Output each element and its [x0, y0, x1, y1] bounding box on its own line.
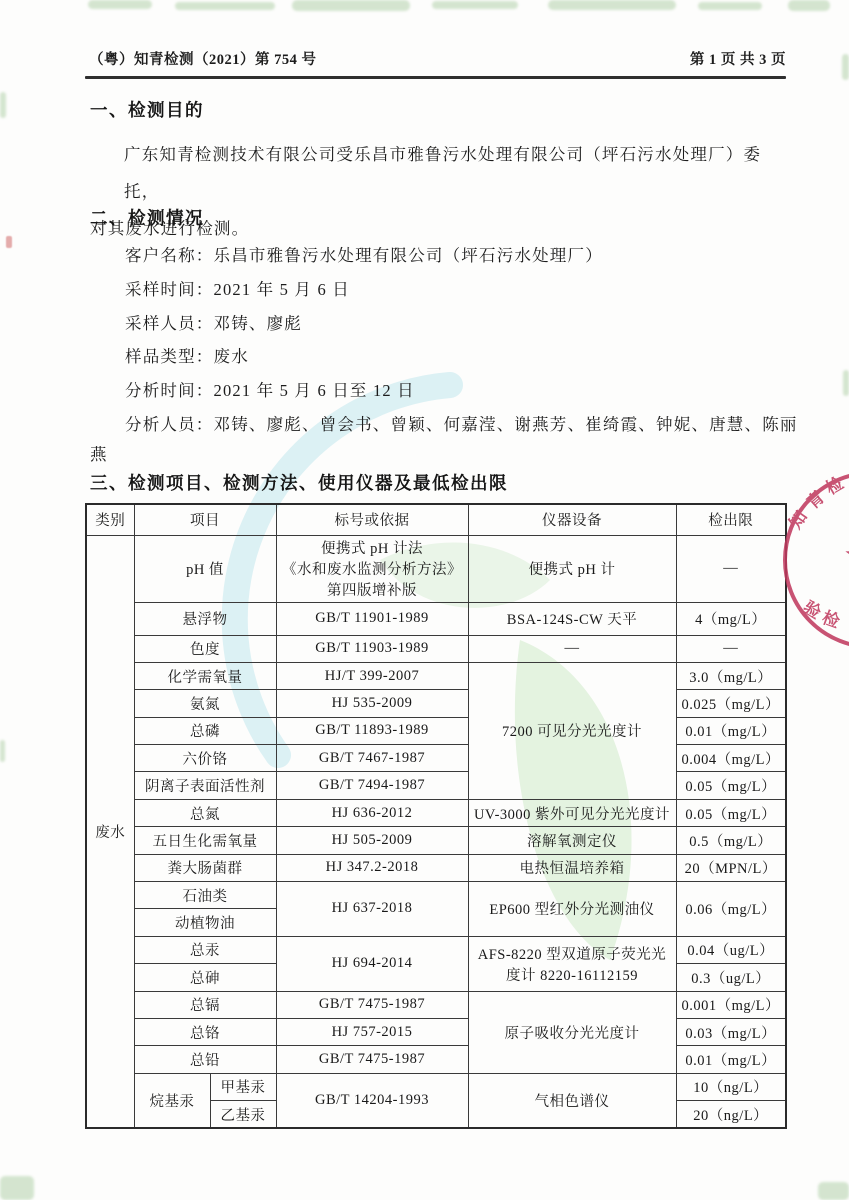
column-header: 标号或依据 [276, 504, 468, 535]
column-header: 类别 [86, 504, 134, 535]
table-row: 总铅GB/T 7475-19870.01（mg/L） [86, 1046, 786, 1073]
table-cell: BSA-124S-CW 天平 [468, 602, 676, 635]
purpose-paragraph: 广东知青检测技术有限公司受乐昌市雅鲁污水处理有限公司（坪石污水处理厂）委托， 对… [90, 136, 790, 247]
table-row: 废水pH 值便携式 pH 计法 《水和废水监测分析方法》 第四版增补版便携式 p… [86, 535, 786, 602]
table-row: 烷基汞甲基汞GB/T 14204-1993气相色谱仪10（ng/L） [86, 1073, 786, 1100]
table-cell: 总氮 [134, 799, 276, 826]
paragraph-line: 广东知青检测技术有限公司受乐昌市雅鲁污水处理有限公司（坪石污水处理厂）委托， [90, 136, 790, 210]
table-row: 化学需氧量HJ/T 399-20077200 可见分光光度计3.0（mg/L） [86, 662, 786, 689]
info-line: 分析人员：邓铸、廖彪、曾会书、曾颖、何嘉滢、谢燕芳、崔绮霞、钟妮、唐慧、陈丽 [125, 408, 798, 442]
table-cell: 色度 [134, 635, 276, 662]
info-list: 客户名称：乐昌市雅鲁污水处理有限公司（坪石污水处理厂）采样时间：2021 年 5… [125, 239, 798, 442]
table-cell: — [676, 535, 786, 602]
table-cell: HJ 636-2012 [276, 799, 468, 826]
table-cell: GB/T 7494-1987 [276, 772, 468, 799]
table-row: 五日生化需氧量HJ 505-2009溶解氧测定仪0.5（mg/L） [86, 827, 786, 854]
section-2-title: 二、检测情况 [90, 205, 204, 230]
table-cell: 石油类 [134, 882, 276, 909]
table-cell: 便携式 pH 计法 《水和废水监测分析方法》 第四版增补版 [276, 535, 468, 602]
table-cell: 动植物油 [134, 909, 276, 936]
table-head: 类别项目标号或依据仪器设备检出限 [86, 504, 786, 535]
table-cell: 阴离子表面活性剂 [134, 772, 276, 799]
category-cell: 废水 [86, 535, 134, 1128]
info-label: 样品类型： [125, 347, 214, 366]
scan-artifact [843, 370, 849, 396]
table-cell: 0.3（ug/L） [676, 964, 786, 991]
column-header: 检出限 [676, 504, 786, 535]
scan-artifact [788, 0, 830, 11]
table-cell: 0.05（mg/L） [676, 772, 786, 799]
column-header: 项目 [134, 504, 276, 535]
column-header: 仪器设备 [468, 504, 676, 535]
table-row: 石油类HJ 637-2018EP600 型红外分光测油仪0.06（mg/L） [86, 882, 786, 909]
table-row: 类别项目标号或依据仪器设备检出限 [86, 504, 786, 535]
table-cell: 总镉 [134, 991, 276, 1018]
table-cell: HJ 347.2-2018 [276, 854, 468, 881]
table-row: 总镉GB/T 7475-1987原子吸收分光光度计0.001（mg/L） [86, 991, 786, 1018]
seal-char: 知 [785, 507, 811, 532]
table-cell: HJ 505-2009 [276, 827, 468, 854]
table-cell: 0.001（mg/L） [676, 991, 786, 1018]
table-row: 总磷GB/T 11893-19890.01（mg/L） [86, 717, 786, 744]
table-cell: 0.04（ug/L） [676, 936, 786, 963]
table-cell: 7200 可见分光光度计 [468, 662, 676, 799]
table-cell: 总汞 [134, 936, 276, 963]
table-cell: 甲基汞 [210, 1073, 276, 1100]
table-cell: HJ 535-2009 [276, 690, 468, 717]
info-label: 分析人员： [125, 415, 214, 434]
table-cell: GB/T 7467-1987 [276, 745, 468, 772]
table-cell: 总砷 [134, 964, 276, 991]
table-row: 悬浮物GB/T 11901-1989BSA-124S-CW 天平4（mg/L） [86, 602, 786, 635]
table-cell: 4（mg/L） [676, 602, 786, 635]
table-cell: 总铬 [134, 1018, 276, 1045]
table-cell: 0.025（mg/L） [676, 690, 786, 717]
table-row: 阴离子表面活性剂GB/T 7494-19870.05（mg/L） [86, 772, 786, 799]
table-cell: 总铅 [134, 1046, 276, 1073]
seal-char: 青 [802, 487, 828, 513]
info-line: 客户名称：乐昌市雅鲁污水处理有限公司（坪石污水处理厂） [125, 239, 798, 273]
info-value: 废水 [214, 347, 249, 366]
table-cell: GB/T 11901-1989 [276, 602, 468, 635]
table-cell: UV-3000 紫外可见分光光度计 [468, 799, 676, 826]
table-cell: 六价铬 [134, 745, 276, 772]
table-cell: — [676, 635, 786, 662]
table-cell: 0.01（mg/L） [676, 1046, 786, 1073]
table-cell: 0.06（mg/L） [676, 882, 786, 937]
table-cell: 0.004（mg/L） [676, 745, 786, 772]
info-line: 分析时间：2021 年 5 月 6 日至 12 日 [125, 374, 798, 408]
table-cell: 气相色谱仪 [468, 1073, 676, 1128]
info-label: 采样时间： [125, 280, 214, 299]
section-1-title: 一、检测目的 [90, 97, 204, 122]
table-cell: HJ/T 399-2007 [276, 662, 468, 689]
table-body: 废水pH 值便携式 pH 计法 《水和废水监测分析方法》 第四版增补版便携式 p… [86, 535, 786, 1128]
table-cell: 溶解氧测定仪 [468, 827, 676, 854]
methods-table-wrap: 类别项目标号或依据仪器设备检出限 废水pH 值便携式 pH 计法 《水和废水监测… [85, 503, 786, 1129]
table-cell: 20（ng/L） [676, 1101, 786, 1128]
scan-artifact [0, 1176, 34, 1200]
table-cell: HJ 757-2015 [276, 1018, 468, 1045]
scan-artifact [0, 92, 6, 118]
seal-ring [785, 473, 849, 647]
header-divider [85, 76, 786, 79]
scanned-report-page: （粤）知青检测（2021）第 754 号 第 1 页 共 3 页 一、检测目的 … [0, 0, 849, 1200]
info-value: 邓铸、廖彪、曾会书、曾颖、何嘉滢、谢燕芳、崔绮霞、钟妮、唐慧、陈丽 [214, 415, 798, 434]
scan-artifact [432, 1, 518, 9]
red-seal-stamp: 知 青 检 验 检 [780, 450, 849, 665]
scan-artifact [175, 2, 275, 10]
table-cell: 五日生化需氧量 [134, 827, 276, 854]
table-cell: AFS-8220 型双道原子荧光光 度计 8220-16112159 [468, 936, 676, 991]
table-row: 氨氮HJ 535-20090.025（mg/L） [86, 690, 786, 717]
table-row: 粪大肠菌群HJ 347.2-2018电热恒温培养箱20（MPN/L） [86, 854, 786, 881]
table-cell: 氨氮 [134, 690, 276, 717]
table-row: 总铬HJ 757-20150.03（mg/L） [86, 1018, 786, 1045]
table-cell: 原子吸收分光光度计 [468, 991, 676, 1073]
table-cell: GB/T 11893-1989 [276, 717, 468, 744]
scan-artifact [842, 54, 849, 80]
document-number: （粤）知青检测（2021）第 754 号 [89, 48, 317, 69]
info-line: 样品类型：废水 [125, 340, 798, 374]
seal-star-icon [845, 532, 849, 583]
scan-artifact [292, 0, 410, 11]
table-cell: GB/T 7475-1987 [276, 1046, 468, 1073]
table-row: 总氮HJ 636-2012UV-3000 紫外可见分光光度计0.05（mg/L） [86, 799, 786, 826]
methods-table: 类别项目标号或依据仪器设备检出限 废水pH 值便携式 pH 计法 《水和废水监测… [85, 503, 787, 1129]
table-cell: 0.01（mg/L） [676, 717, 786, 744]
info-value: 邓铸、廖彪 [214, 314, 303, 333]
section-3-title: 三、检测项目、检测方法、使用仪器及最低检出限 [90, 470, 508, 495]
scan-artifact [818, 1182, 849, 1200]
table-cell: 10（ng/L） [676, 1073, 786, 1100]
seal-char: 检 [822, 472, 848, 498]
table-cell: 20（MPN/L） [676, 854, 786, 881]
document-header: （粤）知青检测（2021）第 754 号 第 1 页 共 3 页 [85, 48, 786, 72]
seal-char: 检 [820, 607, 844, 632]
scan-artifact-red [6, 236, 12, 248]
page-number-indicator: 第 1 页 共 3 页 [690, 48, 786, 69]
info-label: 客户名称： [125, 246, 214, 265]
table-row: 总汞HJ 694-2014AFS-8220 型双道原子荧光光 度计 8220-1… [86, 936, 786, 963]
table-cell: 化学需氧量 [134, 662, 276, 689]
scan-artifact [88, 0, 152, 9]
scan-artifact [698, 2, 762, 10]
info-label: 采样人员： [125, 314, 214, 333]
info-value: 2021 年 5 月 6 日至 12 日 [214, 381, 415, 400]
table-cell: — [468, 635, 676, 662]
table-cell: EP600 型红外分光测油仪 [468, 882, 676, 937]
table-cell: 悬浮物 [134, 602, 276, 635]
info-line: 采样时间：2021 年 5 月 6 日 [125, 273, 798, 307]
table-row: 六价铬GB/T 7467-19870.004（mg/L） [86, 745, 786, 772]
table-cell: 0.03（mg/L） [676, 1018, 786, 1045]
table-cell: HJ 694-2014 [276, 936, 468, 991]
info-line: 采样人员：邓铸、廖彪 [125, 307, 798, 341]
table-cell: GB/T 14204-1993 [276, 1073, 468, 1128]
scan-artifact [0, 740, 5, 762]
table-cell: 烷基汞 [134, 1073, 210, 1128]
scan-artifact [548, 0, 676, 10]
table-cell: 总磷 [134, 717, 276, 744]
table-cell: GB/T 11903-1989 [276, 635, 468, 662]
table-cell: 乙基汞 [210, 1101, 276, 1128]
table-cell: 3.0（mg/L） [676, 662, 786, 689]
info-label: 分析时间： [125, 381, 214, 400]
table-cell: HJ 637-2018 [276, 882, 468, 937]
info-value: 乐昌市雅鲁污水处理有限公司（坪石污水处理厂） [214, 246, 603, 265]
table-cell: 粪大肠菌群 [134, 854, 276, 881]
table-row: 色度GB/T 11903-1989—— [86, 635, 786, 662]
seal-char: 验 [800, 597, 825, 623]
table-cell: pH 值 [134, 535, 276, 602]
table-cell: 电热恒温培养箱 [468, 854, 676, 881]
table-cell: GB/T 7475-1987 [276, 991, 468, 1018]
info-value: 2021 年 5 月 6 日 [214, 280, 350, 299]
analysts-wrap-char: 燕 [90, 438, 108, 472]
table-cell: 0.5（mg/L） [676, 827, 786, 854]
table-cell: 0.05（mg/L） [676, 799, 786, 826]
table-cell: 便携式 pH 计 [468, 535, 676, 602]
